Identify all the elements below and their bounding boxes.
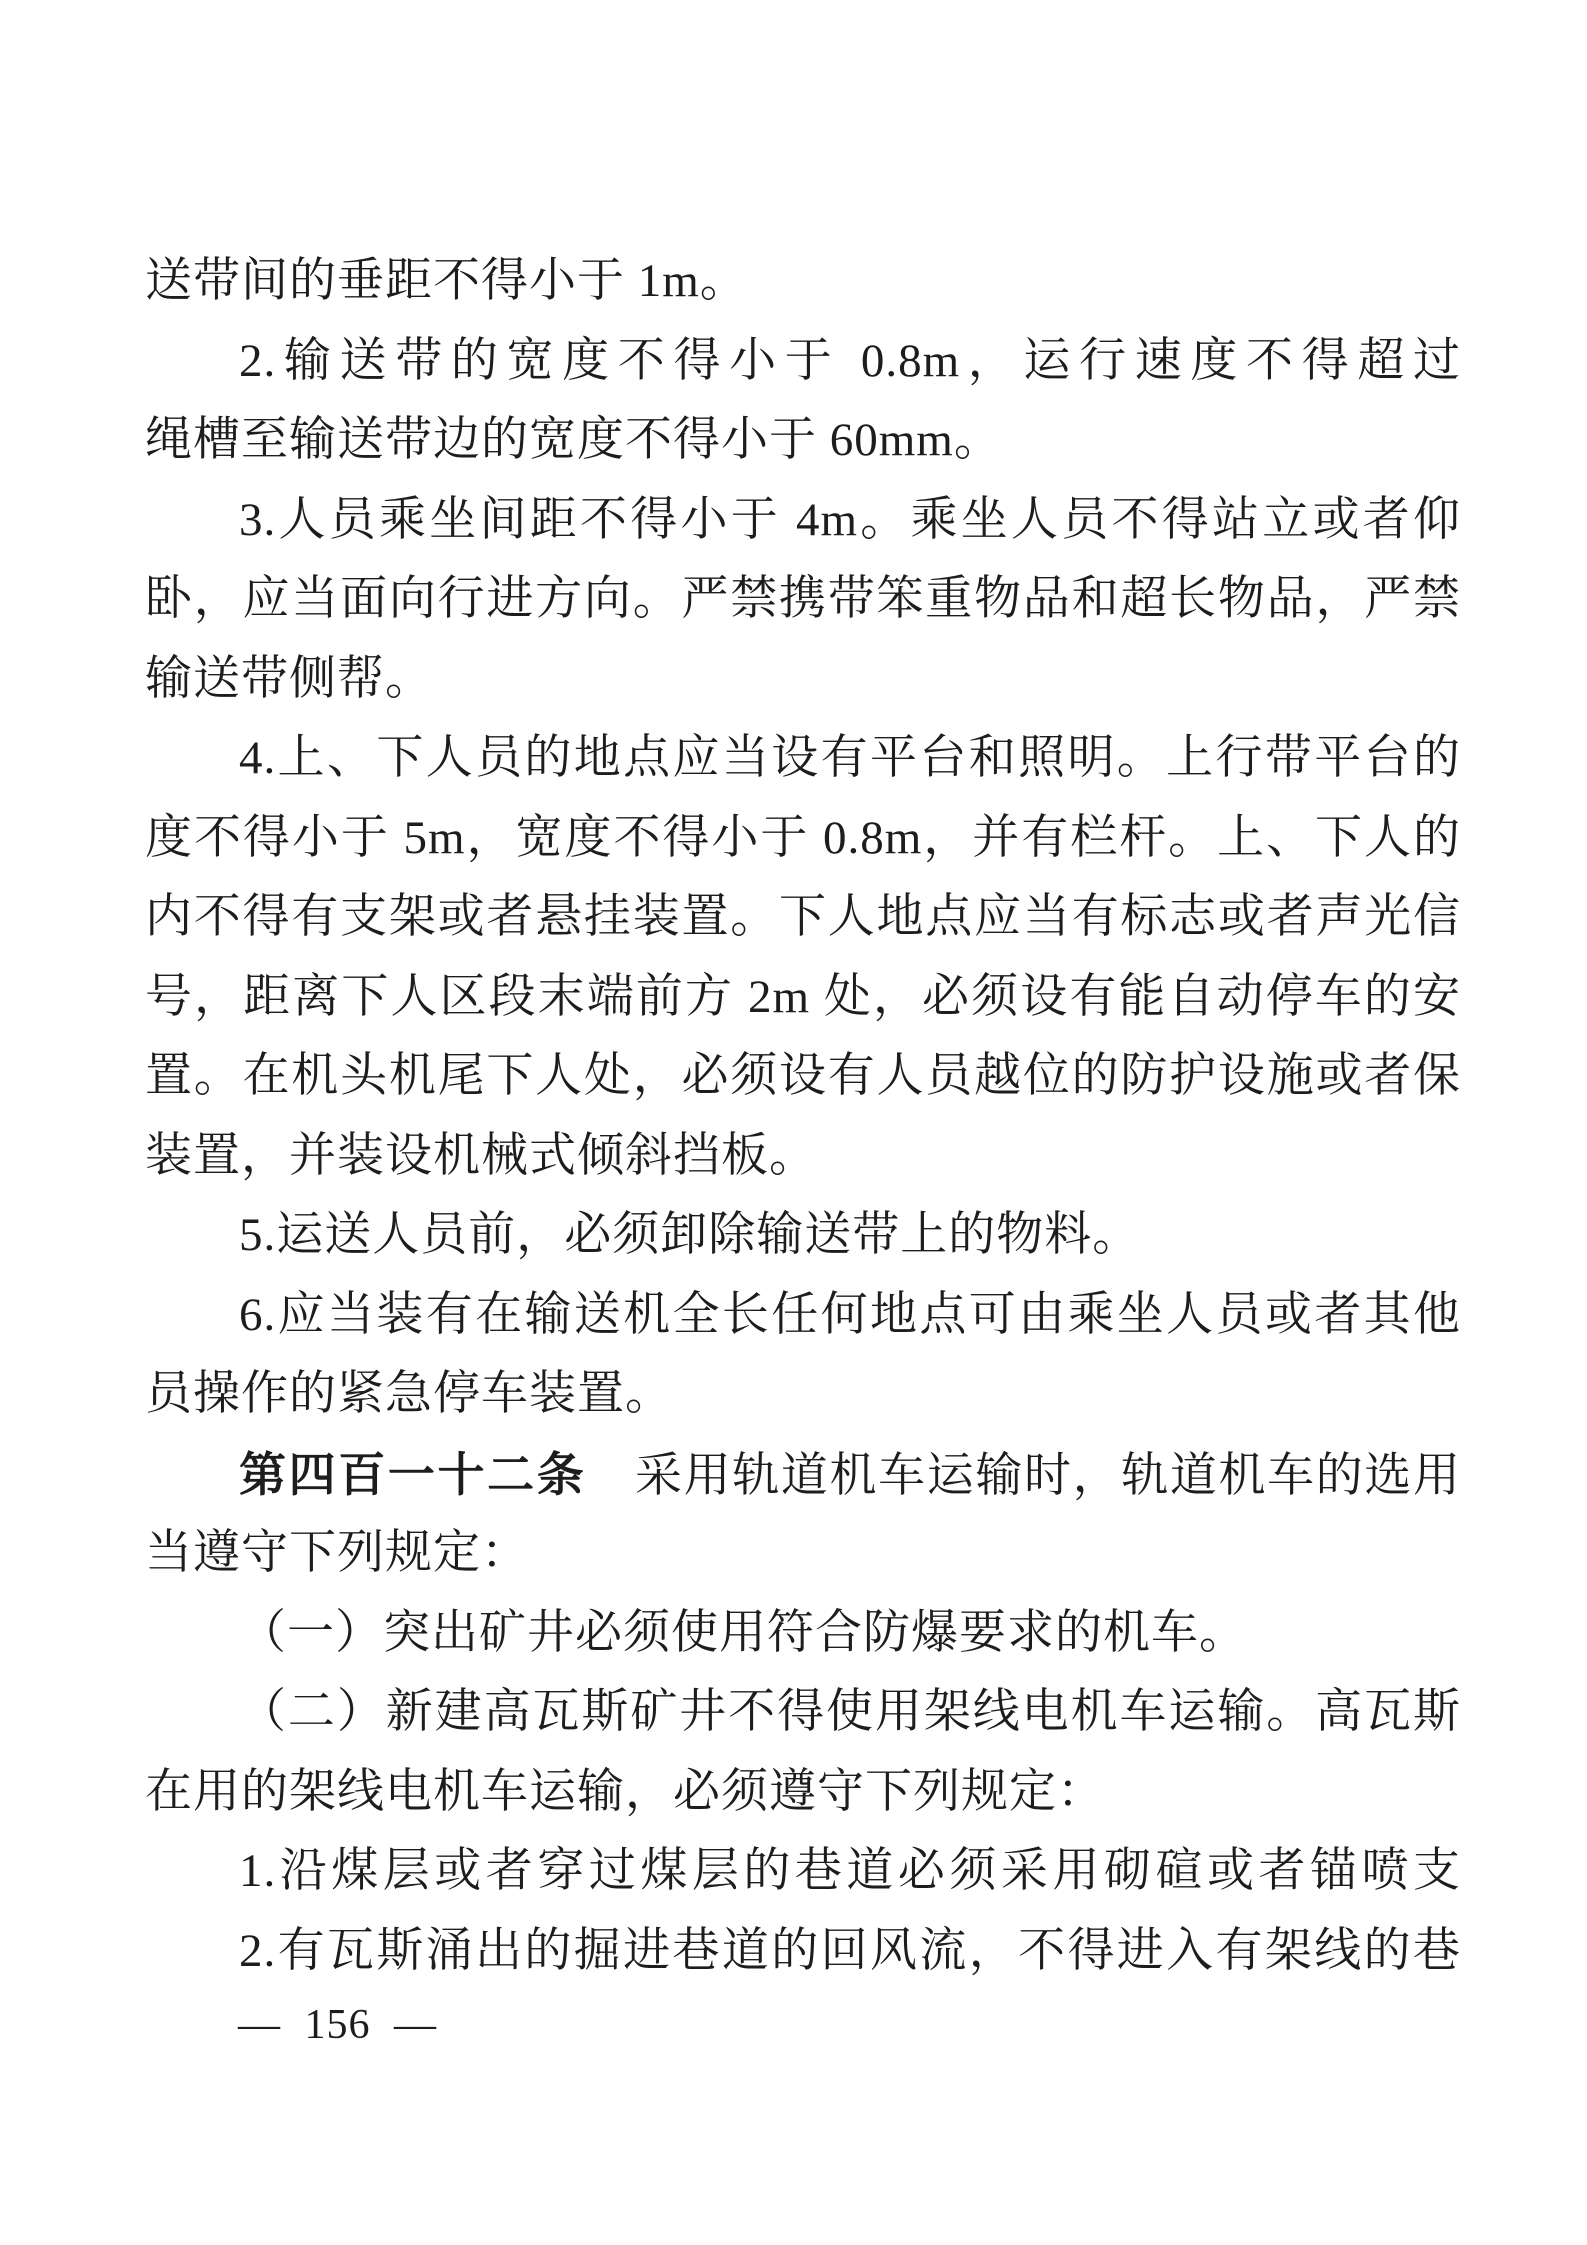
document-line: 度不得小于 5m，宽度不得小于 0.8m，并有栏杆。上、下人的区段 bbox=[145, 799, 1461, 879]
document-line: 1.沿煤层或者穿过煤层的巷道必须采用砌碹或者锚喷支护。 bbox=[145, 1832, 1461, 1912]
document-line: 绳槽至输送带边的宽度不得小于 60mm。 bbox=[145, 401, 1461, 481]
document-line: 员操作的紧急停车装置。 bbox=[145, 1355, 1461, 1435]
document-line: 当遵守下列规定： bbox=[145, 1514, 1461, 1594]
page-footer: — 156 — bbox=[238, 2000, 437, 2050]
document-line: 置。在机头机尾下人处，必须设有人员越位的防护设施或者保护 bbox=[145, 1037, 1461, 1117]
document-line: （一）突出矿井必须使用符合防爆要求的机车。 bbox=[145, 1594, 1461, 1674]
document-line: 内不得有支架或者悬挂装置。下人地点应当有标志或者声光信 bbox=[145, 878, 1461, 958]
document-line: 在用的架线电机车运输，必须遵守下列规定： bbox=[145, 1753, 1461, 1833]
document-line: 输送带侧帮。 bbox=[145, 640, 1461, 720]
article-number: 第四百一十二条 bbox=[239, 1448, 586, 1501]
article-heading-line: 第四百一十二条 采用轨道机车运输时，轨道机车的选用应 bbox=[145, 1435, 1461, 1515]
document-line: 送带间的垂距不得小于 1m。 bbox=[145, 242, 1461, 322]
document-line: 装置，并装设机械式倾斜挡板。 bbox=[145, 1117, 1461, 1197]
page-number: — 156 — bbox=[238, 2002, 437, 2048]
document-line: 2.有瓦斯涌出的掘进巷道的回风流，不得进入有架线的巷 bbox=[145, 1912, 1461, 1992]
document-line: 5.运送人员前，必须卸除输送带上的物料。 bbox=[145, 1196, 1461, 1276]
document-line: 2.输送带的宽度不得小于 0.8m，运行速度不得超过 1.8m/s， bbox=[145, 322, 1461, 402]
document-line: 卧，应当面向行进方向。严禁携带笨重物品和超长物品，严禁触摸 bbox=[145, 560, 1461, 640]
document-line: 6.应当装有在输送机全长任何地点可由乘坐人员或者其他人 bbox=[145, 1276, 1461, 1356]
document-line: （二）新建高瓦斯矿井不得使用架线电机车运输。高瓦斯矿井 bbox=[145, 1673, 1461, 1753]
document-line: 4.上、下人员的地点应当设有平台和照明。上行带平台的长 bbox=[145, 719, 1461, 799]
document-page: 送带间的垂距不得小于 1m。2.输送带的宽度不得小于 0.8m，运行速度不得超过… bbox=[0, 0, 1587, 2245]
document-body: 送带间的垂距不得小于 1m。2.输送带的宽度不得小于 0.8m，运行速度不得超过… bbox=[145, 242, 1461, 1991]
document-line: 号，距离下人区段末端前方 2m 处，必须设有能自动停车的安全装 bbox=[145, 958, 1461, 1038]
document-line: 3.人员乘坐间距不得小于 4m。乘坐人员不得站立或者仰 bbox=[145, 481, 1461, 561]
